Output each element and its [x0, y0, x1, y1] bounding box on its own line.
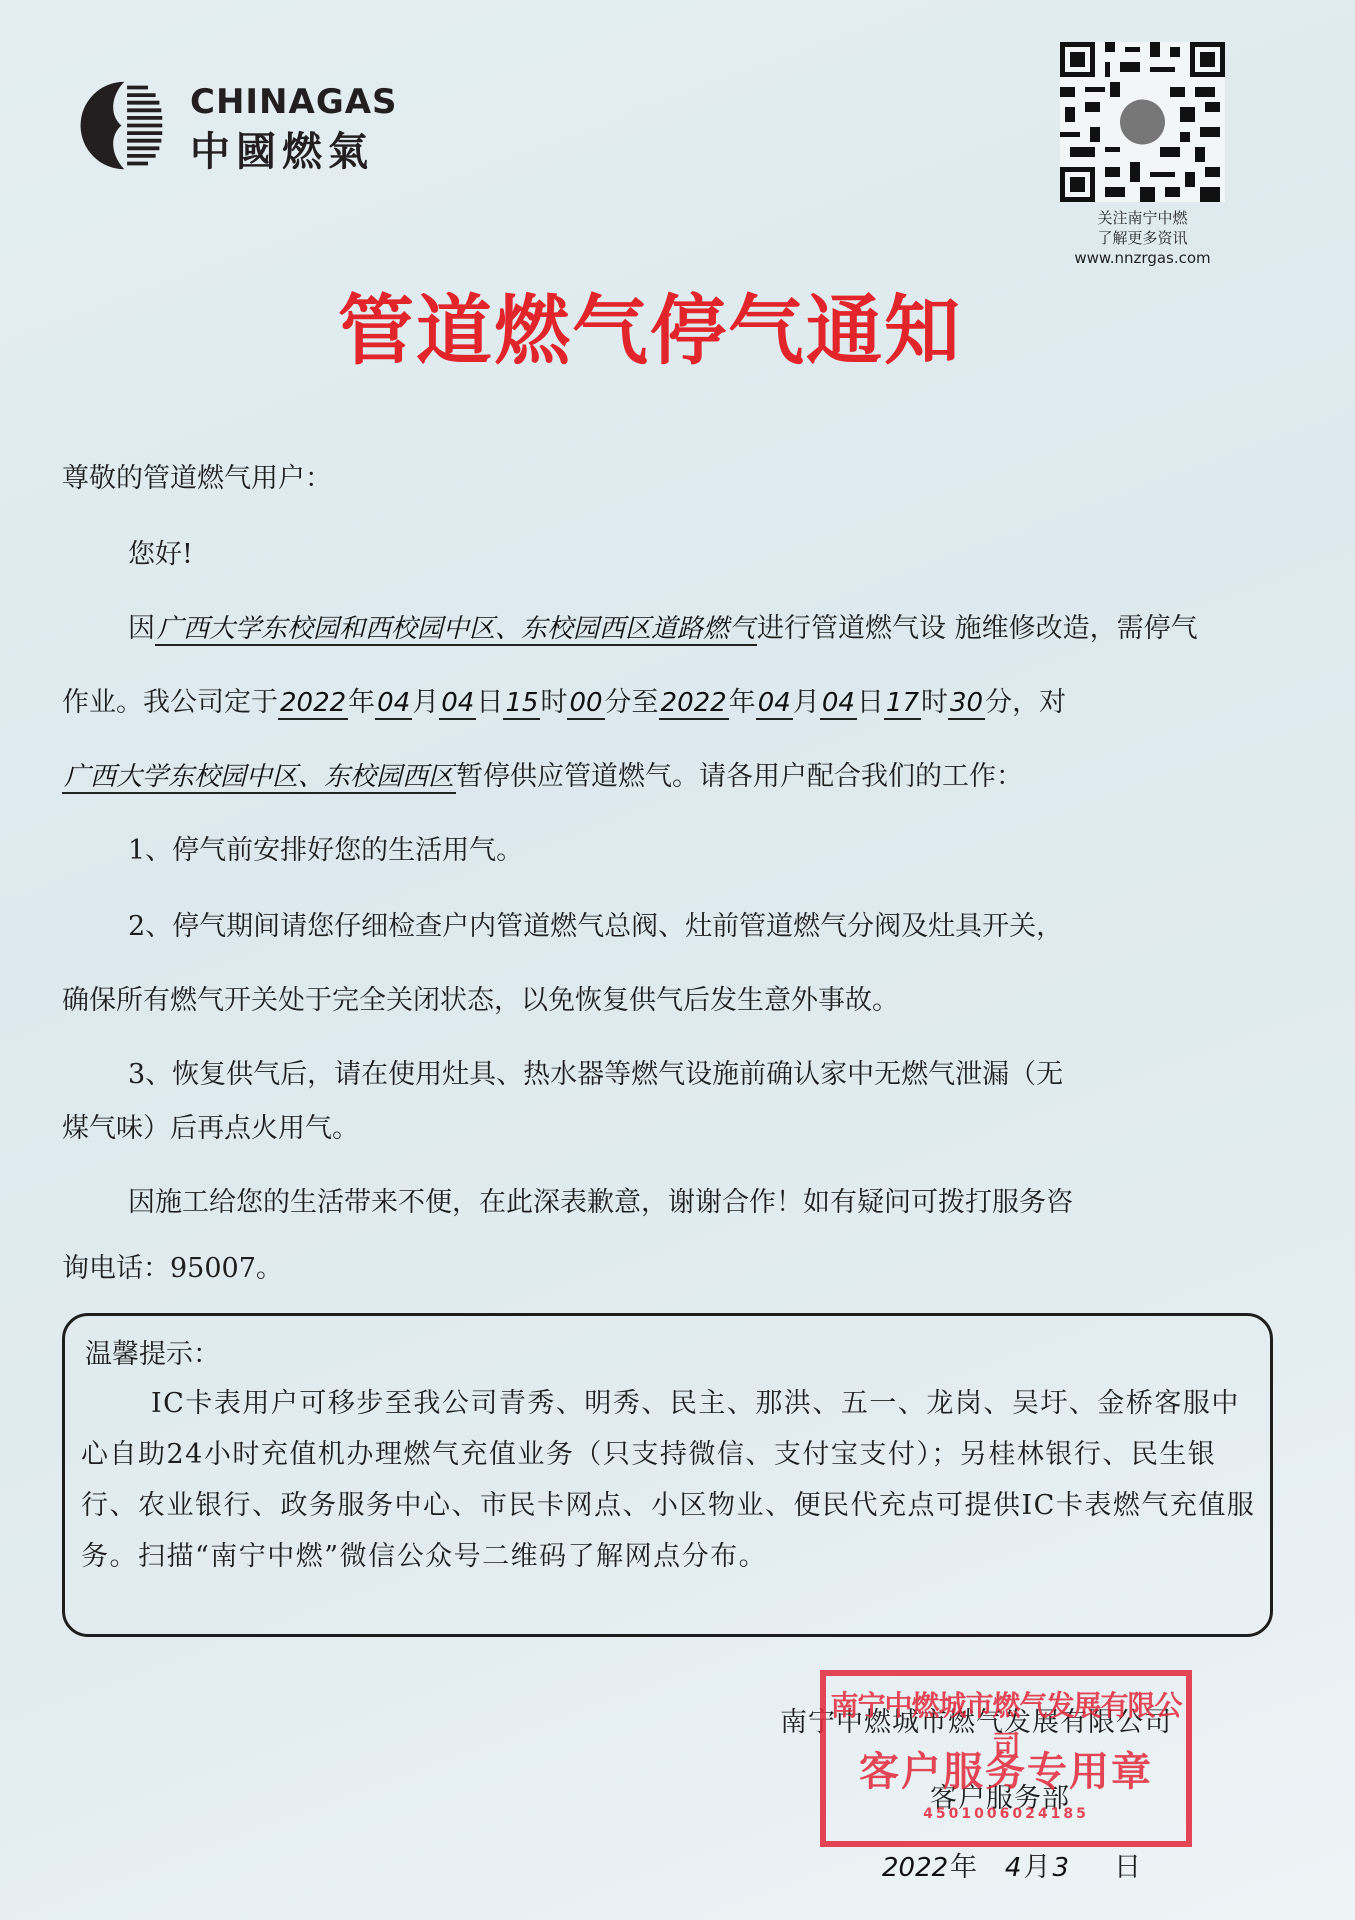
- end-month: 04: [756, 688, 793, 720]
- unit-month: 月: [793, 687, 820, 718]
- item-3: 3、恢复供气后，请在使用灶具、热水器等燃气设施前确认家中无燃气泄漏（无: [128, 1058, 1063, 1092]
- logo-chinese-text: 中國燃氣: [190, 120, 374, 177]
- stamp-number: 4501006024185: [826, 1806, 1186, 1822]
- notice-title: 管道燃气停气通知: [0, 270, 1300, 379]
- qr-caption: 关注南宁中燃 了解更多资讯 www.nnzrgas.com: [1035, 208, 1250, 268]
- start-minute: 00: [567, 688, 604, 720]
- unit-year: 年: [729, 687, 756, 718]
- end-year: 2022: [659, 688, 729, 720]
- chinagas-logo: CHINAGAS 中國燃氣: [72, 78, 432, 168]
- date-day: 3: [1050, 1853, 1071, 1883]
- unit-minute: 分: [985, 687, 1012, 718]
- unit-day: 日: [857, 687, 884, 718]
- unit-month: 月: [1023, 1852, 1050, 1883]
- area-suffix: 暂停供应管道燃气。请各用户配合我们的工作：: [456, 761, 1023, 792]
- item-2: 2、停气期间请您仔细检查户内管道燃气总阀、灶前管道燃气分阀及灶具开关，: [128, 910, 1063, 944]
- area-line: 广西大学东校园中区、东校园西区暂停供应管道燃气。请各用户配合我们的工作：: [62, 760, 1023, 794]
- schedule-line: 作业。我公司定于2022年04月04日15时00分至2022年04月04日17时…: [62, 686, 1066, 720]
- end-hour: 17: [884, 688, 921, 720]
- unit-minute: 分: [605, 687, 632, 718]
- schedule-suffix: ，对: [1012, 687, 1066, 718]
- unit-hour: 时: [921, 687, 948, 718]
- end-minute: 30: [948, 688, 985, 720]
- unit-hour: 时: [540, 687, 567, 718]
- unit-month: 月: [412, 687, 439, 718]
- signature-date: 2022年 4月3 日: [880, 1845, 1141, 1884]
- website-link[interactable]: www.nnzrgas.com: [1035, 248, 1250, 268]
- date-year: 2022: [880, 1853, 950, 1883]
- item-1: 1、停气前安排好您的生活用气。: [128, 834, 523, 868]
- schedule-to: 至: [632, 687, 659, 718]
- start-day: 04: [439, 688, 476, 720]
- item-3-cont: 煤气味）后再点火用气。: [62, 1112, 359, 1146]
- date-month: 4: [1003, 1853, 1024, 1883]
- reason-line: 因广西大学东校园和西校园中区、东校园西区道路燃气进行管道燃气设 施维修改造，需停…: [128, 612, 1198, 646]
- greeting: 您好!: [128, 538, 193, 572]
- qr-caption-line2: 了解更多资讯: [1035, 228, 1250, 248]
- qr-code-icon[interactable]: [1060, 42, 1225, 202]
- salutation: 尊敬的管道燃气用户：: [62, 462, 332, 496]
- start-month: 04: [375, 688, 412, 720]
- reason-suffix: 进行管道燃气设 施维修改造，需停气: [757, 613, 1198, 644]
- unit-day: 日: [476, 687, 503, 718]
- company-stamp: 南宁中燃城市燃气发展有限公司 客户服务专用章 4501006024185: [820, 1670, 1192, 1847]
- reason-handwritten: 广西大学东校园和西校园中区、东校园西区道路燃气: [155, 614, 757, 646]
- area-handwritten: 广西大学东校园中区、东校园西区: [62, 762, 456, 794]
- stamp-purpose: 客户服务专用章: [826, 1740, 1186, 1797]
- schedule-prefix: 作业。我公司定于: [62, 687, 278, 718]
- tips-text: IC卡表用户可移步至我公司青秀、明秀、民主、那洪、五一、龙岗、吴圩、金桥客服中心…: [81, 1378, 1256, 1582]
- apology-line1: 因施工给您的生活带来不便，在此深表歉意，谢谢合作！如有疑问可拨打服务咨: [128, 1186, 1073, 1220]
- reason-prefix: 因: [128, 613, 155, 644]
- item-2-cont: 确保所有燃气开关处于完全关闭状态，以免恢复供气后发生意外事故。: [62, 984, 899, 1018]
- start-year: 2022: [278, 688, 348, 720]
- unit-day: 日: [1114, 1852, 1141, 1883]
- unit-year: 年: [348, 687, 375, 718]
- apology-line2: 询电话：95007。: [62, 1252, 283, 1286]
- qr-caption-line1: 关注南宁中燃: [1035, 208, 1250, 228]
- unit-year: 年: [950, 1852, 977, 1883]
- tips-box: 温馨提示： IC卡表用户可移步至我公司青秀、明秀、民主、那洪、五一、龙岗、吴圩、…: [62, 1313, 1273, 1637]
- tips-title: 温馨提示：: [85, 1332, 220, 1371]
- end-day: 04: [820, 688, 857, 720]
- start-hour: 15: [503, 688, 540, 720]
- chinagas-logo-icon: [72, 78, 167, 173]
- logo-english-text: CHINAGAS: [190, 82, 398, 122]
